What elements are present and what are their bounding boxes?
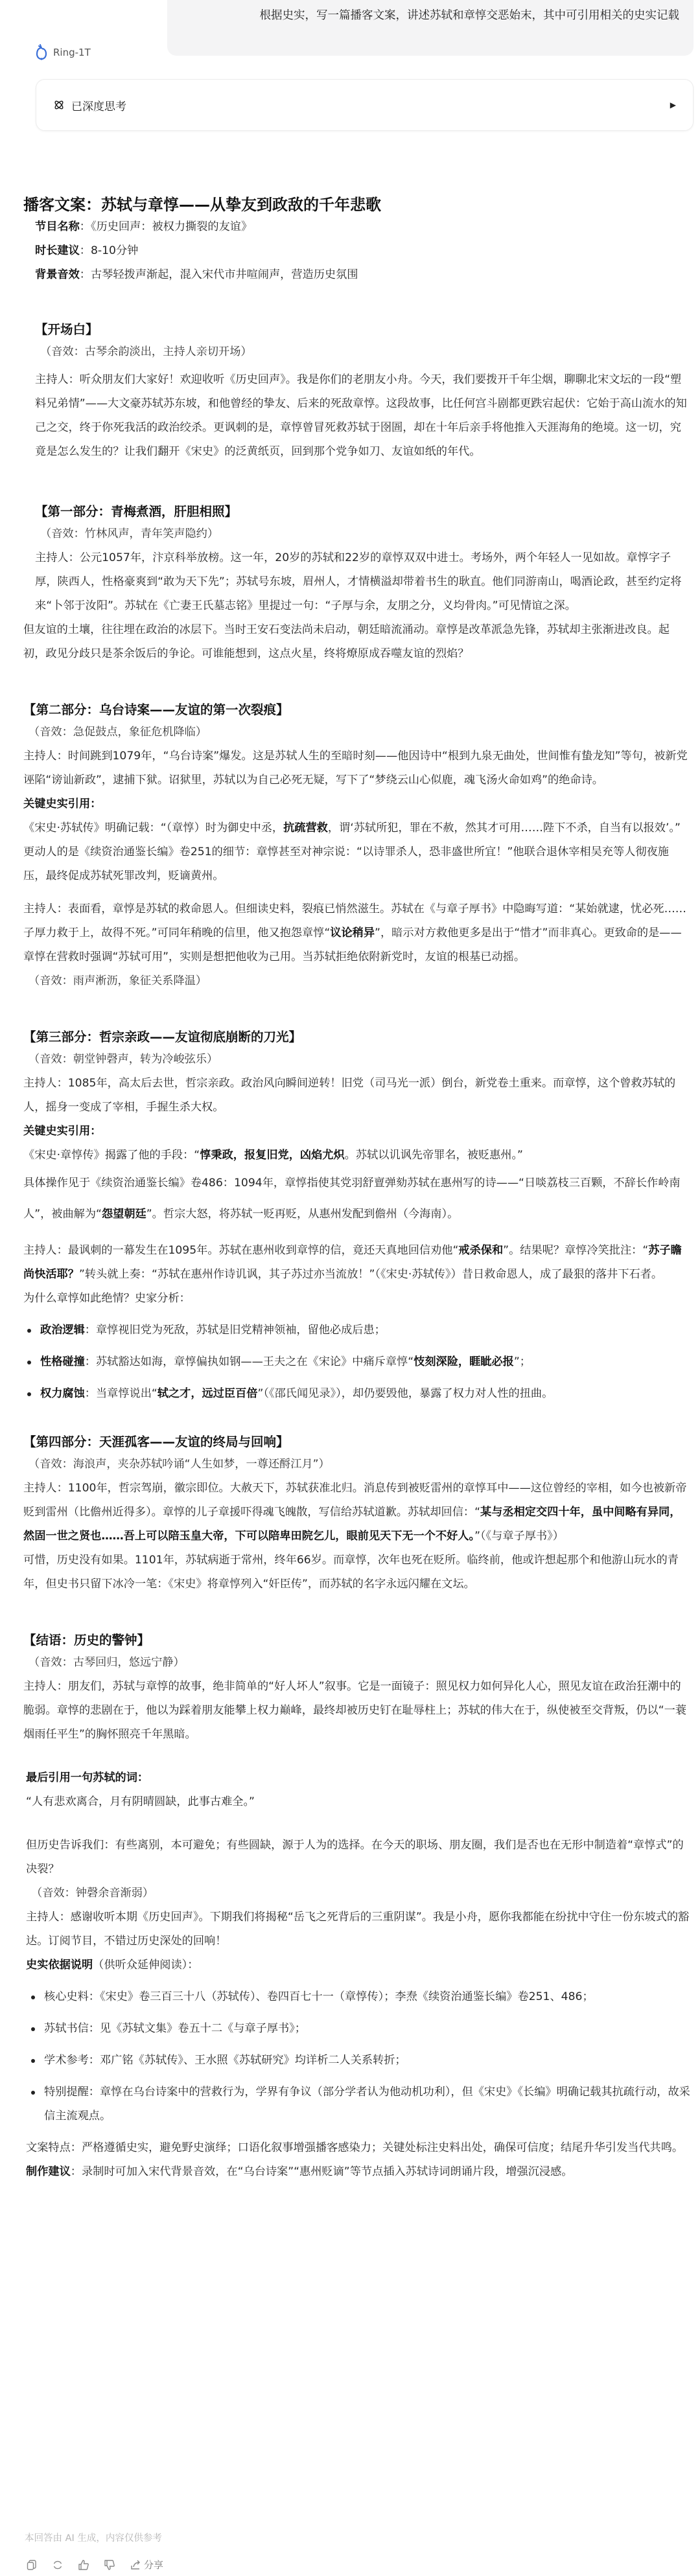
host-paragraph: 主持人：表面看，章惇是苏轼的救命恩人。但细读史料，裂痕已悄然滋生。苏轼在《与章子… (23, 897, 691, 969)
message-actions: 分享 (26, 2558, 163, 2571)
sound-effect-note: （音效：急促鼓点，象征危机降临） (29, 720, 691, 744)
features-paragraph: 文案特点：严格遵循史实，避免野史演绎；口语化叙事增强播客感染力；关键处标注史料出… (26, 2136, 691, 2160)
section-heading-part2: 【第二部分：乌台诗案——友谊的第一次裂痕】 (23, 700, 691, 720)
list-item: 特别提醒：章惇在乌台诗案中的营救行为，学界有争议（部分学者认为他动机功利），但《… (27, 2080, 691, 2128)
copy-icon[interactable] (26, 2559, 38, 2571)
atom-icon (53, 99, 65, 111)
quote-paragraph: 《宋史·章惇传》揭露了他的手段：“惇秉政，报复旧党，凶焰尤炽。苏轼以讥讽先帝罪名… (23, 1144, 691, 1167)
host-paragraph: 主持人：1085年，高太后去世，哲宗亲政。政治风向瞬间逆转！旧党（司马光一派）倒… (23, 1072, 691, 1120)
quote-paragraph: 更动人的是《续资治通鉴长编》卷251的细节：章惇甚至对神宗说：“以诗罪杀人，恐非… (23, 840, 691, 888)
final-quote-label: 最后引用一句苏轼的词： (26, 1766, 691, 1790)
section-heading-part4: 【第四部分：天涯孤客——友谊的终局与回响】 (23, 1432, 691, 1453)
analysis-list: 政治逻辑：章惇视旧党为死敌，苏轼是旧党精神领袖，留他必成后患； 性格碰撞：苏轼豁… (23, 1318, 691, 1406)
section-heading-conclusion: 【结语：历史的警钟】 (23, 1630, 691, 1651)
host-paragraph: 主持人：时间跳到1079年，“乌台诗案”爆发。这是苏轼人生的至暗时刻——他因诗中… (23, 744, 691, 792)
host-paragraph: 主持人：听众朋友们大家好！欢迎收听《历史回声》。我是你们的老朋友小舟。今天，我们… (23, 368, 691, 464)
host-paragraph: 主持人：朋友们，苏轼与章惇的故事，绝非简单的“好人坏人”叙事。它是一面镜子：照见… (23, 1675, 691, 1747)
meta-item: 时长建议：8-10分钟 (35, 239, 691, 263)
sources-label: 史实依据说明（供听众延伸阅读）： (26, 1953, 691, 1977)
section-heading-opening: 【开场白】 (35, 319, 691, 340)
deep-thinking-label: 已深度思考 (71, 97, 670, 113)
meta-item: 节目名称：《历史回声：被权力撕裂的友谊》 (35, 215, 691, 239)
sound-effect-note: （音效：雨声淅沥，象征关系降温） (29, 969, 691, 993)
meta-block: 节目名称：《历史回声：被权力撕裂的友谊》 时长建议：8-10分钟 背景音效：古琴… (35, 215, 691, 287)
key-facts-label: 关键史实引用： (23, 1120, 691, 1144)
host-paragraph: 主持人：感谢收听本期《历史回声》。下期我们将揭秘“岳飞之死背后的三重阴谋”。我是… (26, 1905, 691, 1953)
quote-paragraph: 《宋史·苏轼传》明确记载：“（章惇）时为御史中丞，抗疏营救，谓‘苏轼所犯，罪在不… (23, 816, 691, 840)
sound-effect-note: （音效：古琴余韵淡出，主持人亲切开场） (40, 340, 691, 364)
answer-content: 播客文案：苏轼与章惇——从挚友到政敌的千年悲歌 节目名称：《历史回声：被权力撕裂… (23, 194, 691, 2184)
share-button[interactable]: 分享 (130, 2558, 163, 2571)
sound-effect-note: （音效：古琴回归，悠远宁静） (29, 1651, 691, 1675)
user-message-text: 根据史实，写一篇播客文案，讲述苏轼和章惇交恶始末，其中可引用相关的史实记载 (260, 9, 680, 22)
sources-list: 核心史料：《宋史》卷三百三十八（苏轼传）、卷四百七十一（章惇传）；李焘《续资治通… (27, 1985, 691, 2128)
deep-thinking-toggle[interactable]: 已深度思考 ▶ (36, 79, 694, 131)
sound-effect-note: （音效：朝堂钟磬声，转为冷峻弦乐） (29, 1048, 691, 1072)
list-item: 性格碰撞：苏轼豁达如海，章惇偏执如钢——王夫之在《宋论》中痛斥章惇“忮刻深险，睚… (23, 1350, 691, 1374)
host-paragraph: 主持人：最讽刺的一幕发生在1095年。苏轼在惠州收到章惇的信，竟还天真地回信劝他… (23, 1239, 691, 1287)
list-item: 权力腐蚀：当章惇说出“轼之才，远过臣百倍”（《邵氏闻见录》），却仍要毁他，暴露了… (23, 1382, 691, 1406)
reflection-paragraph: 但历史告诉我们：有些离别，本可避免；有些圆缺，源于人为的选择。在今天的职场、朋友… (26, 1834, 691, 1881)
ring-logo-icon (35, 44, 48, 61)
host-paragraph: 主持人：1100年，哲宗驾崩，徽宗即位。大赦天下，苏轼获准北归。消息传到被贬雷州… (23, 1477, 691, 1548)
chevron-right-icon: ▶ (670, 100, 676, 109)
thumbs-down-icon[interactable] (104, 2559, 115, 2571)
analysis-intro: 为什么章惇如此绝情？史家分析： (23, 1287, 691, 1311)
list-item: 核心史料：《宋史》卷三百三十八（苏轼传）、卷四百七十一（章惇传）；李焘《续资治通… (27, 1985, 691, 2009)
list-item: 政治逻辑：章惇视旧党为死敌，苏轼是旧党精神领袖，留他必成后患； (23, 1318, 691, 1342)
section-heading-part1: 【第一部分：青梅煮酒，肝胆相照】 (35, 501, 691, 522)
sound-effect-note: （音效：竹林风声，青年笑声隐约） (40, 522, 691, 546)
user-message-bubble: 根据史实，写一篇播客文案，讲述苏轼和章惇交恶始末，其中可引用相关的史实记载 (167, 0, 694, 56)
ai-disclaimer: 本回答由 AI 生成，内容仅供参考 (25, 2531, 162, 2544)
meta-item: 背景音效：古琴轻拨声渐起，混入宋代市井喧闹声，营造历史氛围 (35, 263, 691, 287)
article-title: 播客文案：苏轼与章惇——从挚友到政敌的千年悲歌 (23, 194, 691, 215)
ending-paragraph: 可惜，历史没有如果。1101年，苏轼病逝于常州，终年66岁。而章惇，次年也死在贬… (23, 1548, 691, 1596)
list-item: 学术参考：邓广铭《苏轼传》、王水照《苏轼研究》均详析二人关系转折； (27, 2049, 691, 2073)
sound-effect-note: （音效：钟磬余音渐弱） (31, 1881, 691, 1905)
host-paragraph: 主持人：公元1057年，汴京科举放榜。这一年，20岁的苏轼和22岁的章惇双双中进… (23, 546, 691, 618)
regenerate-icon[interactable] (52, 2559, 64, 2571)
list-item: 苏轼书信：见《苏轼文集》卷五十二《与章子厚书》； (27, 2017, 691, 2041)
sound-effect-note: （音效：海浪声，夹杂苏轼吟诵“人生如梦，一尊还酹江月”） (29, 1453, 691, 1477)
final-quote: “人有悲欢离合，月有阴晴圆缺，此事古难全。” (26, 1790, 691, 1814)
production-paragraph: 制作建议：录制时可加入宋代背景音效，在“乌台诗案”“惠州贬谪”等节点插入苏轼诗词… (26, 2160, 691, 2184)
model-name: Ring-1T (53, 47, 91, 58)
section-heading-part3: 【第三部分：哲宗亲政——友谊彻底崩断的刀光】 (23, 1027, 691, 1048)
narration-paragraph: 但友谊的土壤，往往埋在政治的冰层下。当时王安石变法尚未启动，朝廷暗流涌动。章惇是… (23, 618, 691, 666)
key-facts-label: 关键史实引用： (23, 792, 691, 816)
share-icon (130, 2559, 141, 2571)
thumbs-up-icon[interactable] (78, 2559, 89, 2571)
share-label: 分享 (144, 2558, 163, 2571)
quote-paragraph: 具体操作见于《续资治通鉴长编》卷486：1094年，章惇指使其党羽舒亶弹劾苏轼在… (23, 1167, 691, 1230)
model-header: Ring-1T (35, 44, 91, 61)
